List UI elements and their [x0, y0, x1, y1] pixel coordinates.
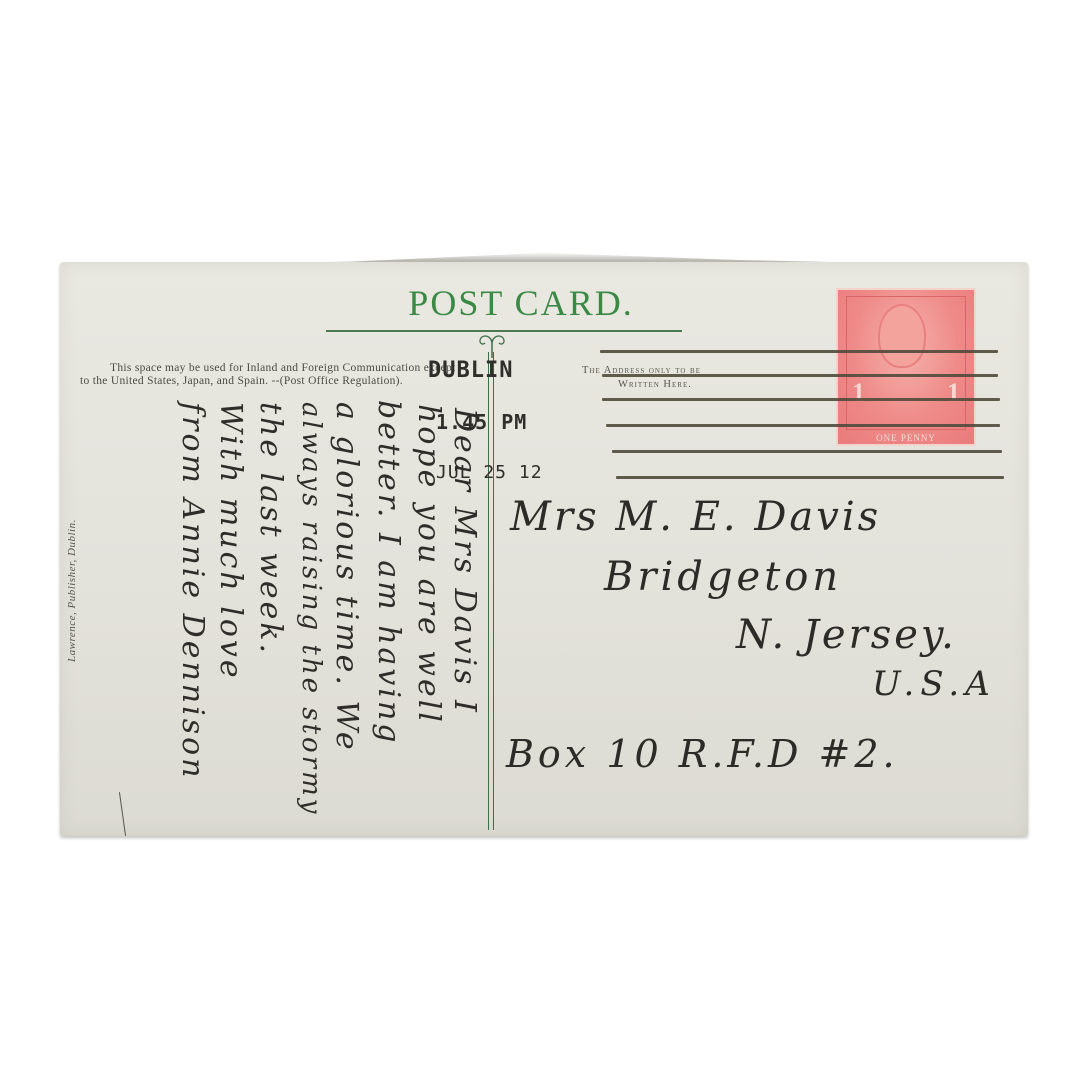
recipient-state: N. Jersey.: [736, 612, 957, 658]
pen-stroke: [119, 792, 126, 836]
message-line: the last week.: [253, 402, 288, 656]
address-note-line2: Written Here.: [582, 378, 701, 392]
cancellation-line: [602, 398, 1000, 401]
cancellation-line: [616, 476, 1004, 479]
cancellation-line: [600, 350, 998, 353]
recipient-town: Bridgeton: [604, 554, 842, 600]
message-line: always raising the stormy: [296, 402, 326, 817]
message-line: Dear Mrs Davis I: [447, 408, 482, 715]
postage-stamp: 1 1 ONE PENNY: [838, 290, 974, 444]
cancellation-line: [606, 424, 1000, 427]
address-note: The Address only to be Written Here.: [582, 364, 701, 392]
cancellation-line: [612, 450, 1002, 453]
recipient-name: Mrs M. E. Davis: [510, 494, 881, 540]
cancellation-line: [602, 374, 998, 377]
publisher-imprint: Lawrence, Publisher, Dublin.: [66, 519, 78, 662]
stamp-value-right: 1: [947, 378, 960, 408]
message-line: hope you are well: [411, 404, 446, 725]
recipient-country: U.S.A: [872, 664, 996, 704]
message-line: With much love: [213, 402, 248, 681]
regulation-notice: This space may be used for Inland and Fo…: [80, 362, 460, 388]
king-portrait-icon: [878, 304, 926, 368]
stamp-denomination: ONE PENNY: [838, 433, 974, 443]
recipient-box: Box 10 R.F.D #2.: [506, 732, 899, 776]
title-rule: [326, 330, 682, 332]
message-line: better. I am having: [371, 400, 406, 745]
message-line: from Annie Dennison: [175, 402, 210, 781]
stamp-value-left: 1: [852, 378, 865, 408]
postcard: POST CARD. This space may be used for In…: [60, 262, 1028, 836]
postmark-city: DUBLIN: [428, 358, 513, 383]
postcard-title: POST CARD.: [356, 282, 686, 324]
message-line: a glorious time. We: [329, 402, 364, 753]
